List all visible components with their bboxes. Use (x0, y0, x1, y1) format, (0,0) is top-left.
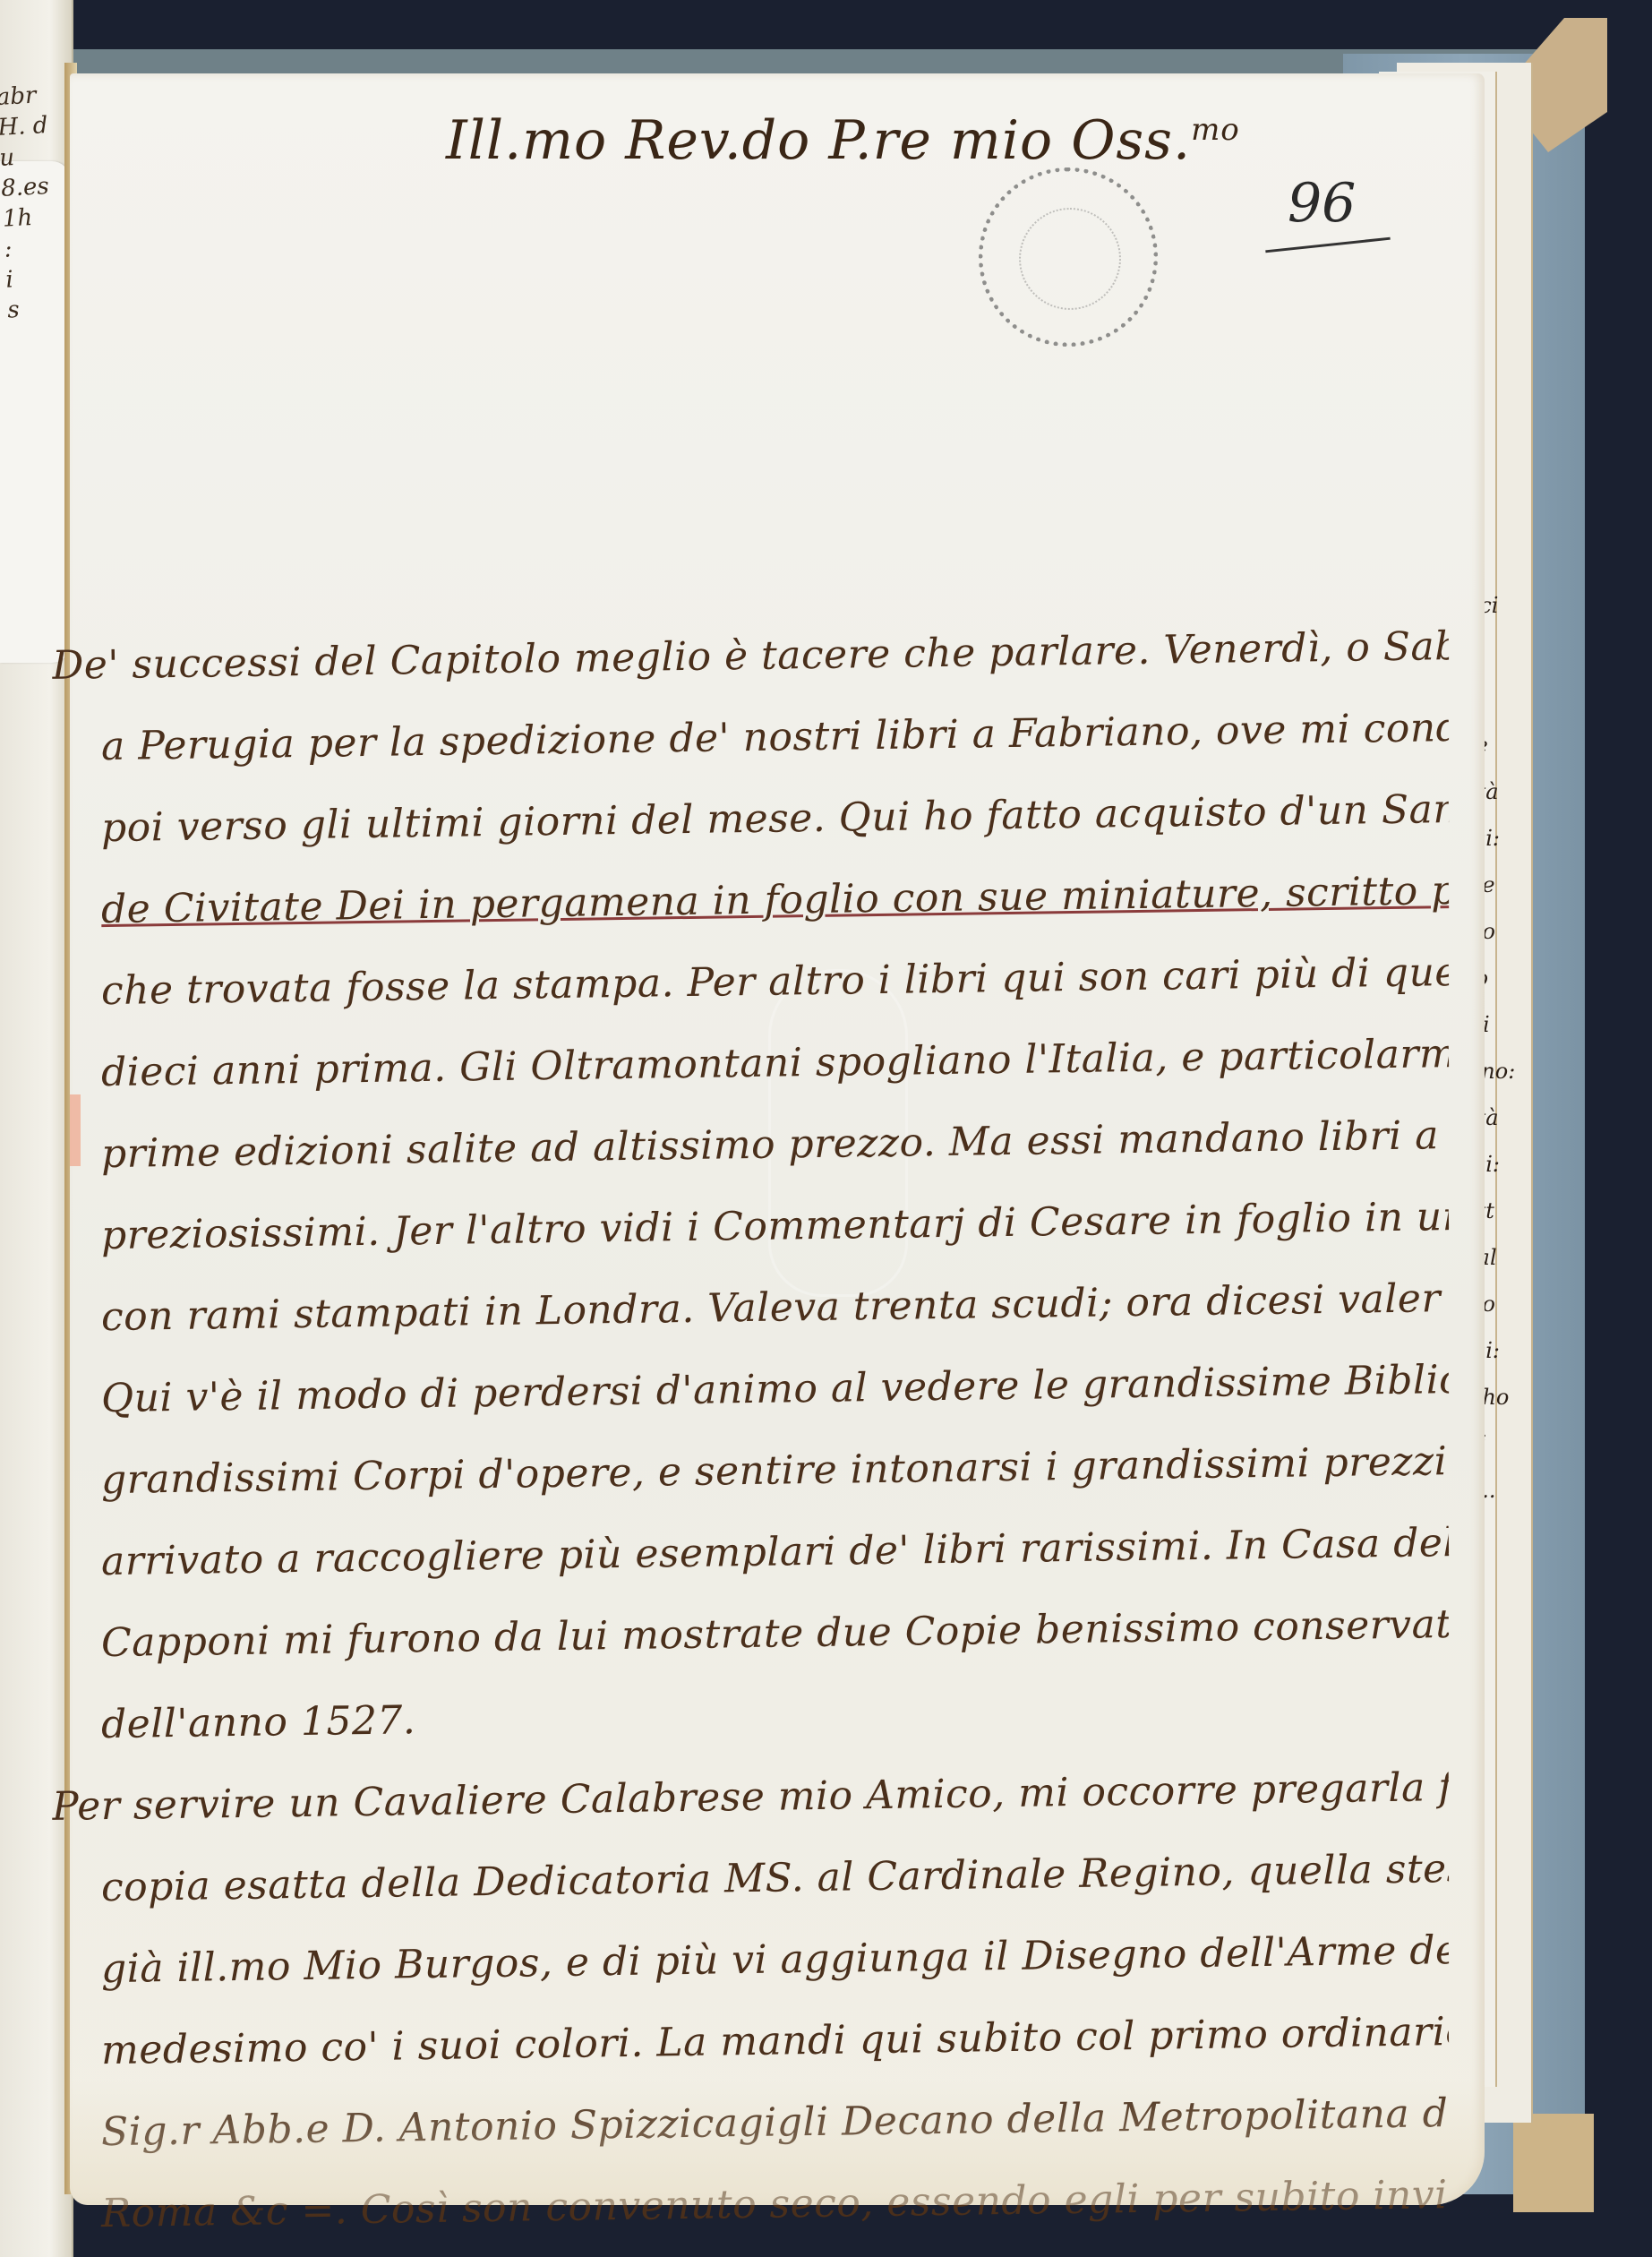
folio-number: 96 (1288, 172, 1356, 235)
corner-mount-bottom (1513, 2114, 1594, 2212)
folio-underline (1265, 237, 1391, 253)
salutation-text: Ill.mo Rev.do P.re mio Oss. (446, 109, 1191, 172)
note-line: abr H. d (0, 79, 61, 143)
left-page-note: abr H. d u 8.es 1h : i s (0, 79, 71, 325)
stamp-inner-ring (1019, 208, 1121, 310)
salutation-superscript: mo (1191, 112, 1240, 148)
note-line: 1h (2, 201, 66, 235)
library-stamp-icon (979, 167, 1158, 347)
note-line: i (5, 262, 70, 296)
note-line: s (6, 292, 71, 326)
note-line: : (4, 231, 68, 265)
text-line: Roma &c =. Così son convenuto seco, esse… (51, 2154, 1449, 2255)
text-line: Sig.r Abb.e D. Antonio Spizzicagigli Dec… (51, 2072, 1449, 2174)
manuscript-page: Ill.mo Rev.do P.re mio Oss.mo 96 De' suc… (70, 73, 1485, 2205)
note-line: u 8.es (0, 140, 64, 204)
salutation: Ill.mo Rev.do P.re mio Oss.mo (446, 109, 1240, 172)
letter-body: De' successi del Capitolo meglio è tacer… (52, 615, 1449, 2245)
